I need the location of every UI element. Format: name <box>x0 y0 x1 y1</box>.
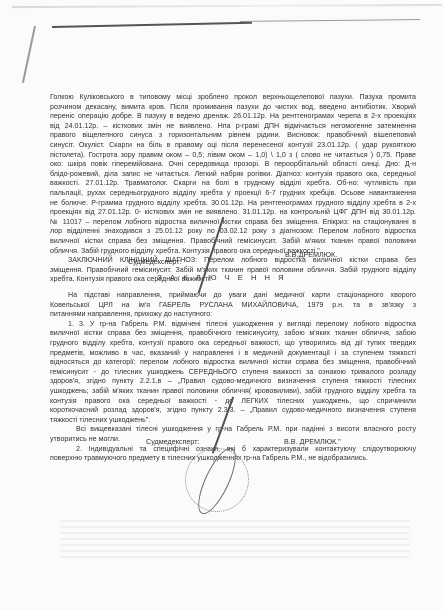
page-edge <box>12 4 442 8</box>
pen-stroke <box>240 19 420 22</box>
document-page: Голкою Куліковського в типовому місці зр… <box>0 0 444 610</box>
signature-name: В.В.ДРЕМЛЮК. <box>285 250 337 259</box>
conclusion-heading: З А К Л Ю Ч Е Н Н Я <box>0 273 444 282</box>
item-1-line: короткочасний розлад здоров'я, згідно пу… <box>50 406 416 416</box>
text-line: переніс операцію добре. В пазуху в веден… <box>50 112 416 122</box>
signature-role: Судмедексперт: <box>146 437 200 446</box>
text-line: питаннями направлення, прихожу до наступ… <box>50 310 416 320</box>
text-line: правого віщелепного синуса з горизонталь… <box>50 131 416 141</box>
text-line: На підставі направлення, приймаючи до ув… <box>50 291 416 301</box>
text-line: розчином декасану, вимита кров. Після пр… <box>50 103 416 113</box>
bleed-through-text <box>60 520 410 560</box>
item-1-line: грудного відділу хребта, контузії правог… <box>50 339 416 349</box>
item-1-line: гемісинусит - до тілесних ушкоджень СЕРЕ… <box>50 368 416 378</box>
text-line: пальпації, рухах середньогрудного відділ… <box>50 189 416 199</box>
text-line: проекціях від 27.01.12р. 0- кісткових зм… <box>50 208 416 218</box>
item-1-line: тяжкості тілесних ушкоджень". <box>50 416 416 426</box>
text-line: важкості. 27.01.12р. Травматолог. Скарги… <box>50 179 416 189</box>
item-1-line: здоров'я, згідно пункту 2.2.1.в – „Прави… <box>50 377 416 387</box>
final-diagnosis-line: ЗАКЛЮЧНИЙ КЛІНІЧНИЙ ДІАГНОЗ: Перелом лоб… <box>50 256 416 266</box>
text-line: Голкою Куліковського в типовому місці зр… <box>50 93 416 103</box>
text-line: від 24.01.12р. – кісткових змін не виявл… <box>50 122 416 132</box>
conclusion-body: На підставі направлення, приймаючи до ув… <box>50 291 416 464</box>
text-line: Ковельської ЦРЛ на ім'я ГАБРЕЛЬ РУСЛАНА … <box>50 301 416 311</box>
pen-stroke <box>52 22 252 28</box>
text-line: пістолета). Гострота зору правим оком – … <box>50 151 416 161</box>
pen-stroke <box>22 26 36 83</box>
fall-conclusion-line: Всі вищевказані тілесні ушкодження у гр-… <box>50 425 416 435</box>
item-1-line: відносяться до категорії: перелом лобног… <box>50 358 416 368</box>
item-1-line: ушкоджень; забій м'яких тканин правої по… <box>50 387 416 397</box>
medical-history-paragraph: Голкою Куліковського в типовому місці зр… <box>50 93 416 285</box>
signature-role: Судмедексперт: <box>128 257 182 266</box>
text-line: блідо-рожевий, діла запис не читається. … <box>50 170 416 180</box>
text-line: виличної кістки справа без зміщення. Пра… <box>50 237 416 247</box>
item-1-line: 1. 3. У гр-на Габрель Р.М. відмічені тіл… <box>50 320 416 330</box>
text-line: лор відділенні знаходився з 25.01.12 рок… <box>50 227 416 237</box>
item-1-line: виличної кістки справа без зміщення, пра… <box>50 329 416 339</box>
signature-name: В.В. ДРЕМЛЮК." <box>284 437 341 446</box>
text-line: не болюче. Р-грамма грудного відділу хре… <box>50 199 416 209</box>
text-line: синусіт. Окуліст. Скарги на біль в право… <box>50 141 416 151</box>
fall-conclusion-line: утворитись не могли. <box>50 435 416 445</box>
text-line: око: шкіра повік гіперемійована. Очні се… <box>50 160 416 170</box>
item-1-line: предметів, можливо в час, вказаний у нап… <box>50 349 416 359</box>
text-line: № 11017 – перелом лобного відростка вили… <box>50 218 416 228</box>
text-line: обличчя. Забій грудного відділу хребта. … <box>50 247 416 257</box>
